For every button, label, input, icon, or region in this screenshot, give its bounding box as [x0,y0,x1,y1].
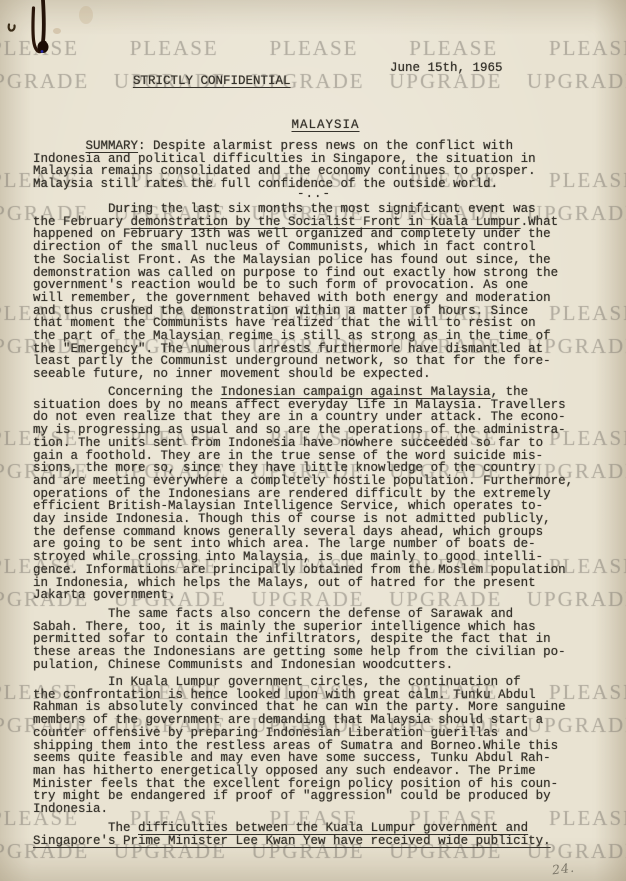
text-line: try might be endangered if proof of "agg… [33,790,595,803]
text-line: Jakarta government. [33,589,595,602]
typed-content: STRICTLY CONFIDENTIAL June 15th, 1965 MA… [33,0,595,881]
paragraph: The same facts also concern the defense … [33,608,595,672]
scanned-document-page: PLEASEPLEASEPLEASEPLEASEPLEASEUPGRADEUPG… [0,0,626,881]
paragraph: During the last six months the most sign… [33,203,595,381]
text-line: Malaysia still rates the full confidence… [33,178,595,191]
text-line: Singapore's Prime Minister Lee Kwan Yew … [33,835,595,848]
paragraph: Concerning the Indonesian campaign again… [33,386,595,602]
paragraph: The difficulties between the Kuala Lumpu… [33,822,595,847]
document-date: June 15th, 1965 [390,62,503,75]
staple-ink-mark [0,0,130,62]
handwritten-page-number: 24. [551,860,576,878]
text-line: seeable future, no inner movement should… [33,368,595,381]
paragraph: SUMMARY: Despite alarmist press news on … [33,140,595,191]
text-line: pulation, Chinese Communists and Indones… [33,659,595,672]
paragraph: In Kuala Lumpur government circles, the … [33,676,595,816]
classification-stamp: STRICTLY CONFIDENTIAL [133,74,291,88]
text-line: Indonesia. [33,803,595,816]
